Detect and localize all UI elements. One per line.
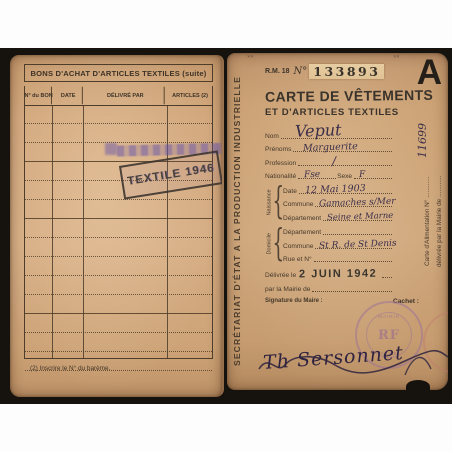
field-commune-domicile: Commune St R. de St Denis — [283, 237, 393, 251]
card-main-column: R.M. 18 N° 133893 CARTE DE VÊTEMENTS ET … — [265, 58, 393, 305]
dotted-leader: Marguerite — [293, 150, 392, 152]
dotted-leader: Fse — [298, 177, 336, 179]
card-subtitle: ET D'ARTICLES TEXTILES — [265, 107, 393, 118]
field-label: Commune — [283, 201, 313, 209]
purchase-voucher-table: N° du BON DATE DÉLIVRÉ PAR ARTICLES (2) — [24, 86, 213, 359]
handwritten-alimentation-number: 11699 — [416, 123, 429, 158]
handwritten-nom: Veput — [295, 120, 342, 141]
column-header-date: DATE — [54, 87, 83, 104]
field-commune-naissance: Commune Gamaches s/Mer — [283, 196, 393, 210]
field-label: Date — [283, 188, 297, 196]
handwritten-profession: / — [332, 153, 337, 167]
decorative-border-pattern: ××××××××××××××××××××××××××××××××××××××××… — [247, 55, 254, 388]
stamp-arc-top: MAIRIE — [367, 314, 411, 319]
field-departement-domicile: Département — [283, 224, 393, 238]
field-departement-naissance: Département Seine et Marne — [283, 209, 393, 223]
field-label: Département — [283, 229, 321, 237]
left-page-title: BONS D'ACHAT D'ARTICLES TEXTILES (suite) — [24, 64, 213, 82]
field-date-naissance: Date 12 Mai 1903 — [283, 182, 393, 196]
field-label: Prénoms — [265, 146, 291, 154]
column-header-delivre: DÉLIVRÉ PAR — [88, 87, 165, 104]
dotted-leader — [382, 276, 392, 278]
delivree-mairie-margin-text: délivrée par la Mairie de ............ — [436, 53, 443, 390]
dotted-leader: St R. de St Denis — [315, 247, 392, 249]
field-label: par la Mairie de — [265, 286, 310, 294]
column-divider — [25, 105, 53, 358]
dotted-leader — [323, 233, 392, 235]
naissance-group: Naissance { Date 12 Mai 1903 Commune Gam… — [265, 182, 393, 223]
dotted-leader — [312, 290, 392, 292]
dotted-leader: 12 Mai 1903 — [299, 192, 392, 194]
table-header-row: N° du BON DATE DÉLIVRÉ PAR ARTICLES (2) — [25, 86, 212, 106]
dotted-leader: Gamaches s/Mer — [315, 205, 392, 207]
alimentation-card-margin-text: Carte d'Alimentation N° ............ — [424, 53, 431, 390]
column-header-bon: N° du BON — [26, 87, 52, 104]
serial-no-label: N° — [294, 66, 308, 77]
field-profession: Profession / — [265, 154, 393, 168]
domicile-brace: { — [274, 224, 283, 265]
dotted-leader: Veput — [281, 137, 392, 139]
handwritten-nationalite: Fse — [304, 170, 321, 181]
date-stamp: 2 JUIN 1942 — [296, 268, 380, 281]
handwritten-date-naissance: 12 Mai 1903 — [305, 182, 366, 195]
serial-prefix: R.M. 18 — [265, 68, 290, 75]
field-nom: Nom Veput — [265, 127, 393, 141]
secretariat-margin-text: SECRÉTARIAT D'ÉTAT A LA PRODUCTION INDUS… — [228, 53, 246, 390]
field-label: Sexe — [337, 173, 352, 181]
handwritten-prenoms: Marguerite — [303, 141, 358, 154]
right-page: SECRÉTARIAT D'ÉTAT A LA PRODUCTION INDUS… — [227, 53, 448, 390]
handwritten-sexe: F — [359, 170, 366, 180]
domicile-group: Domicile { Département Commune St R. de … — [265, 224, 393, 265]
serial-row: R.M. 18 N° 133893 — [265, 62, 393, 80]
field-delivree: Délivrée le 2 JUIN 1942 — [265, 264, 393, 280]
column-divider — [83, 105, 168, 358]
handwritten-commune-domicile: St R. de St Denis — [319, 238, 397, 251]
field-label: Département — [283, 215, 321, 223]
column-header-articles: ARTICLES (2) — [170, 87, 211, 104]
dotted-leader: Seine et Marne — [323, 219, 392, 221]
right-margin-band: Carte d'Alimentation N° ............ dél… — [415, 53, 445, 390]
naissance-brace: { — [274, 182, 283, 223]
left-page: BONS D'ACHAT D'ARTICLES TEXTILES (suite)… — [10, 55, 224, 397]
field-prenoms: Prénoms Marguerite — [265, 141, 393, 155]
dotted-leader: / — [298, 164, 392, 166]
field-label: Profession — [265, 160, 296, 168]
torn-edge-notch — [406, 380, 430, 390]
field-label: Nom — [265, 133, 279, 141]
handwritten-departement-naissance: Seine et Marne — [327, 210, 394, 222]
field-mairie: par la Mairie de — [265, 280, 393, 294]
field-label: Rue et N° — [283, 256, 312, 264]
field-rue: Rue et N° — [283, 251, 393, 265]
card-title: CARTE DE VÊTEMENTS — [265, 87, 393, 105]
dotted-leader: F — [354, 177, 392, 179]
handwritten-commune-naissance: Gamaches s/Mer — [319, 197, 396, 210]
field-nationalite-sexe: Nationalité Fse Sexe F — [265, 168, 393, 182]
column-divider — [52, 105, 84, 358]
field-label: Délivrée le — [265, 272, 296, 280]
serial-number: 133893 — [309, 64, 384, 79]
signature-label: Signature du Maire : — [265, 298, 323, 305]
field-label: Commune — [283, 243, 313, 251]
dotted-leader — [314, 260, 392, 262]
purple-ink-blot — [105, 143, 117, 155]
